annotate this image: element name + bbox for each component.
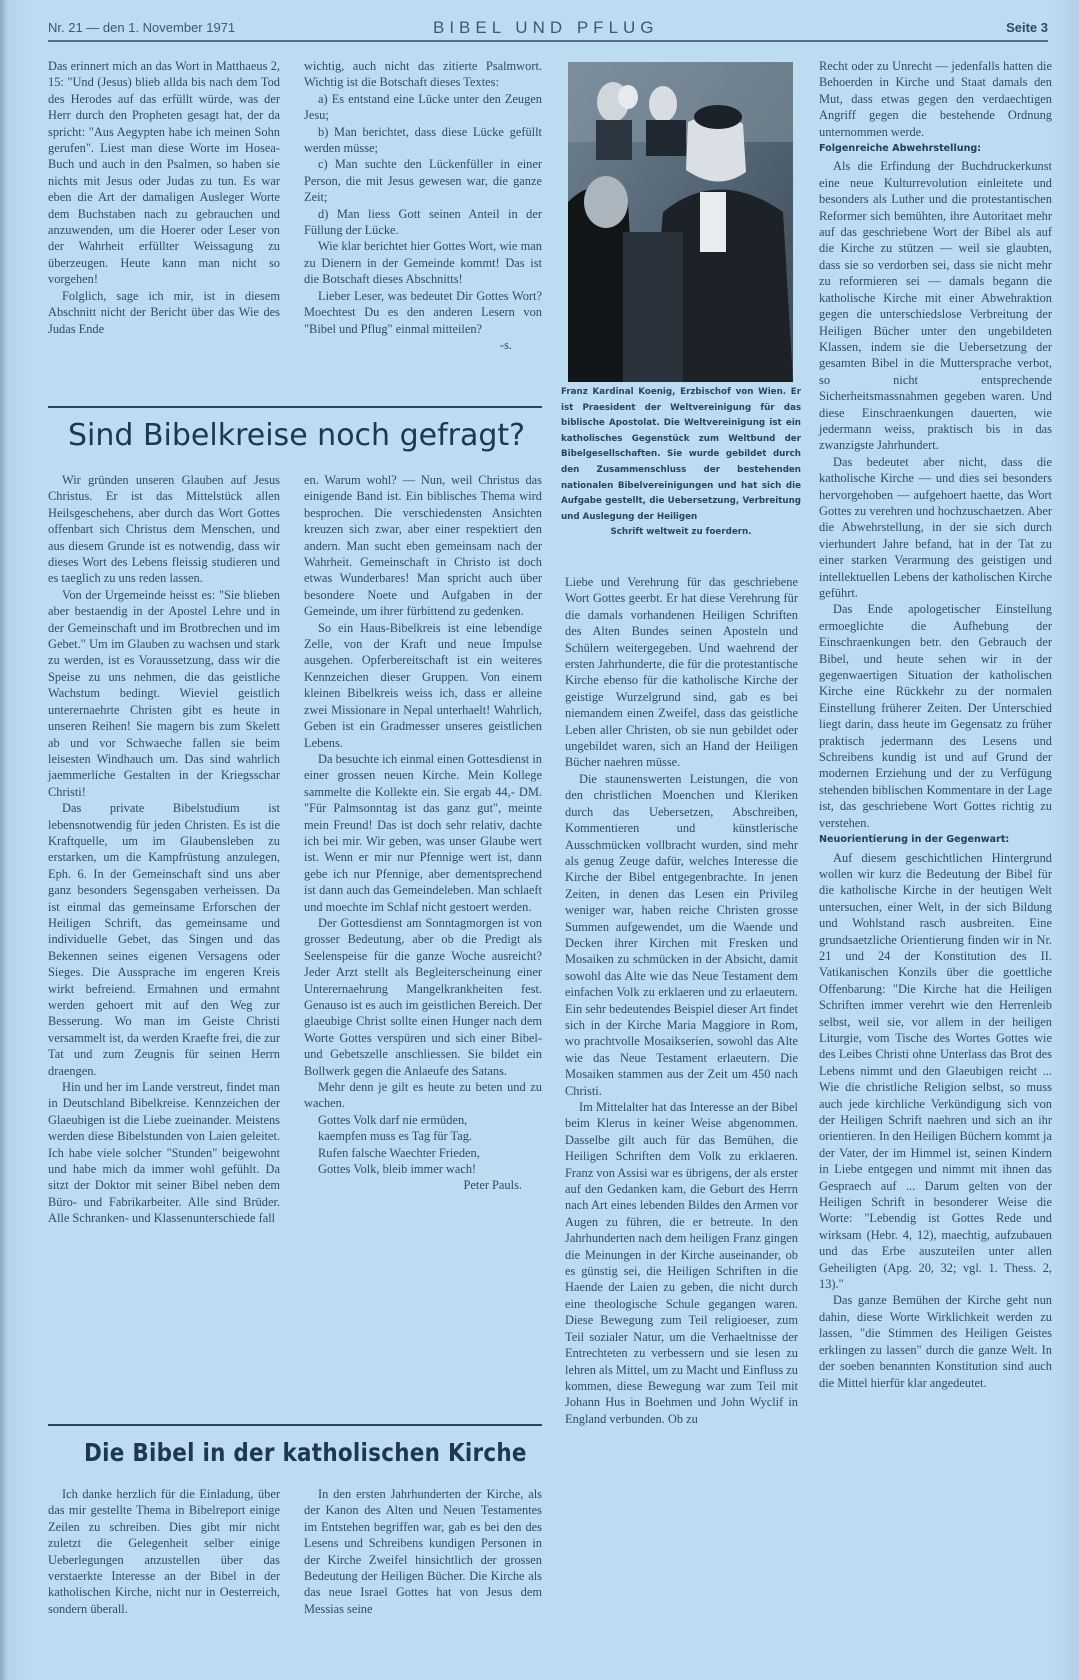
publication-title: BIBEL UND PFLUG <box>433 18 659 38</box>
subheading: Neuorientierung in der Gegenwart: <box>819 832 1052 848</box>
paragraph: en. Warum wohl? — Nun, weil Christus das… <box>304 472 542 620</box>
headline-bibelkreise: Sind Bibelkreise noch gefragt? <box>68 418 525 453</box>
paragraph: In den ersten Jahrhunderten der Kirche, … <box>304 1486 542 1617</box>
list-item: d) Man liess Gott seinen Anteil in der F… <box>304 206 542 239</box>
paragraph: Mehr denn je gilt es heute zu beten und … <box>304 1079 542 1112</box>
caption-text-end: Schrift weltweit zu foerdern. <box>561 525 801 541</box>
photo-image <box>568 62 793 382</box>
kirche-column-4: Recht oder zu Unrecht — jedenfalls hatte… <box>819 58 1052 1391</box>
paragraph: Ich danke herzlich für die Einladung, üb… <box>48 1486 280 1617</box>
paragraph: Der Gottesdienst am Sonntagmorgen ist vo… <box>304 915 542 1079</box>
list-item: a) Es entstand eine Lücke unter den Zeug… <box>304 91 542 124</box>
paragraph: Liebe und Verehrung für das geschriebene… <box>565 574 798 771</box>
page-header: Nr. 21 — den 1. November 1971 BIBEL UND … <box>48 18 1048 42</box>
paragraph: Als die Erfindung der Buchdruckerkunst e… <box>819 158 1052 453</box>
photo-caption: Franz Kardinal Koenig, Erzbischof von Wi… <box>561 385 801 541</box>
paragraph: Die staunenswerten Leistungen, die von d… <box>565 771 798 1099</box>
poem-line: kaempfen muss es Tag für Tag. <box>304 1128 542 1144</box>
paragraph: Recht oder zu Unrecht — jedenfalls hatte… <box>819 58 1052 140</box>
poem-line: Gottes Volk darf nie ermüden, <box>304 1112 542 1128</box>
bibelkreise-column-2: en. Warum wohl? — Nun, weil Christus das… <box>304 472 542 1194</box>
list-item: b) Man berichtet, dass diese Lücke gefül… <box>304 124 542 157</box>
paragraph: Folglich, sage ich mir, ist in diesem Ab… <box>48 288 280 337</box>
paragraph: Von der Urgemeinde heisst es: "Sie blieb… <box>48 587 280 800</box>
poem-line: Rufen falsche Waechter Frieden, <box>304 1145 542 1161</box>
paragraph: Auf diesem geschichtlichen Hintergrund w… <box>819 850 1052 1293</box>
paragraph: Das private Bibelstudium ist lebensnotwe… <box>48 800 280 1079</box>
paragraph: Hin und her im Lande verstreut, findet m… <box>48 1079 280 1227</box>
paragraph: Wir gründen unseren Glauben auf Jesus Ch… <box>48 472 280 587</box>
paragraph: wichtig, auch nicht das zitierte Psalmwo… <box>304 58 542 91</box>
cardinal-photo <box>568 62 793 382</box>
paragraph: Lieber Leser, was bedeutet Dir Gottes Wo… <box>304 288 542 337</box>
top-article-column-2: wichtig, auch nicht das zitierte Psalmwo… <box>304 58 542 353</box>
paragraph: Wie klar berichtet hier Gottes Wort, wie… <box>304 238 542 287</box>
newspaper-page: Nr. 21 — den 1. November 1971 BIBEL UND … <box>0 0 1079 1680</box>
author-signature: Peter Pauls. <box>304 1177 542 1193</box>
kirche-column-3: Liebe und Verehrung für das geschriebene… <box>565 574 798 1427</box>
section-divider <box>48 1424 542 1426</box>
paragraph: Im Mittelalter hat das Interesse an der … <box>565 1099 798 1427</box>
list-item: c) Man suchte den Lückenfüller in einer … <box>304 156 542 205</box>
issue-date: Nr. 21 — den 1. November 1971 <box>48 20 235 35</box>
paragraph: Das ganze Bemühen der Kirche geht nun da… <box>819 1292 1052 1390</box>
page-number: Seite 3 <box>1006 20 1048 35</box>
poem-line: Gottes Volk, bleib immer wach! <box>304 1161 542 1177</box>
paragraph: Das Ende apologetischer Einstellung ermo… <box>819 601 1052 831</box>
kirche-column-2: In den ersten Jahrhunderten der Kirche, … <box>304 1486 542 1617</box>
headline-katholische-kirche: Die Bibel in der katholischen Kirche <box>84 1438 527 1467</box>
paragraph: Das erinnert mich an das Wort in Matthae… <box>48 58 280 288</box>
paragraph: Das bedeutet aber nicht, dass die kathol… <box>819 454 1052 602</box>
bibelkreise-column-1: Wir gründen unseren Glauben auf Jesus Ch… <box>48 472 280 1227</box>
signature: -s. <box>304 337 542 353</box>
section-divider <box>48 406 542 408</box>
paragraph: Da besuchte ich einmal einen Gottesdiens… <box>304 751 542 915</box>
subheading: Folgenreiche Abwehrstellung: <box>819 141 1052 157</box>
kirche-column-1: Ich danke herzlich für die Einladung, üb… <box>48 1486 280 1617</box>
caption-text: Franz Kardinal Koenig, Erzbischof von Wi… <box>561 387 801 522</box>
top-article-column-1: Das erinnert mich an das Wort in Matthae… <box>48 58 280 337</box>
paragraph: So ein Haus-Bibelkreis ist eine lebendig… <box>304 620 542 751</box>
